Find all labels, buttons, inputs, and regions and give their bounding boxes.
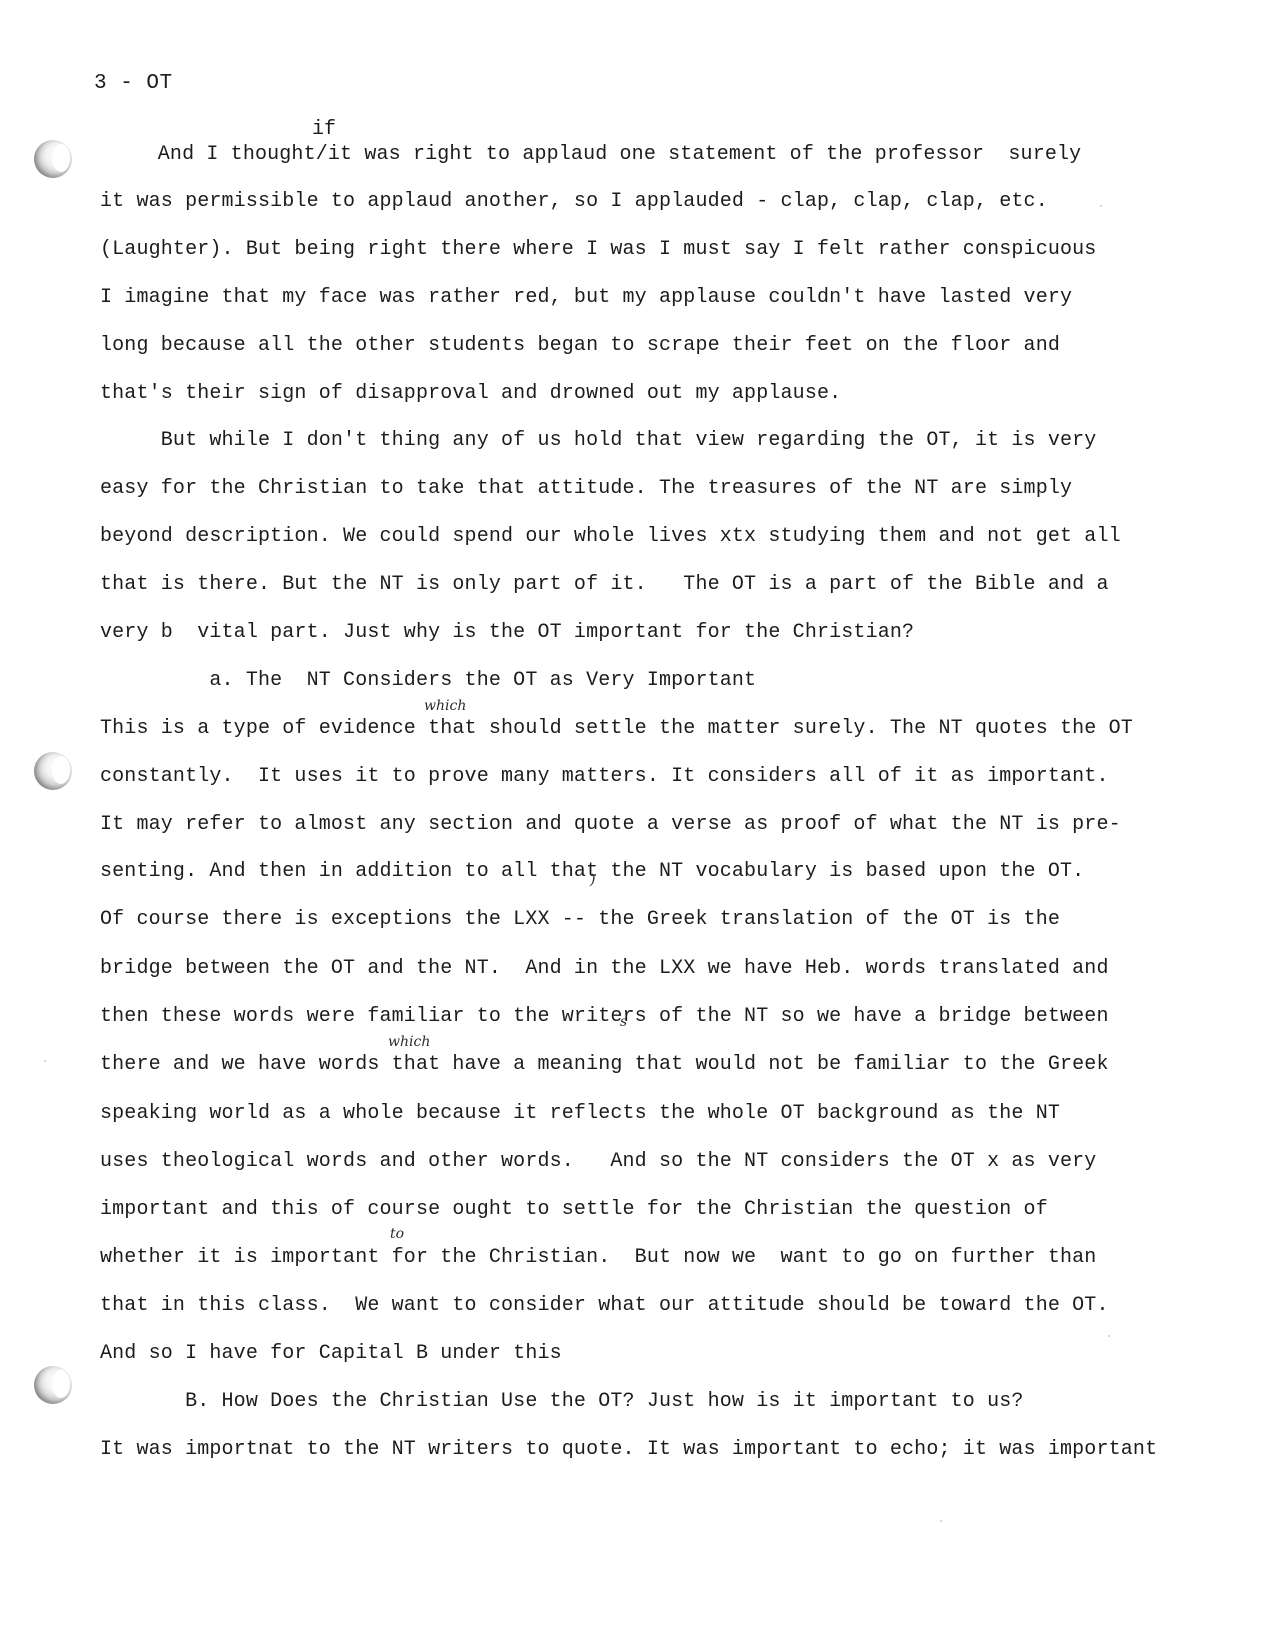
- document-line: beyond description. We could spend our w…: [100, 525, 1121, 548]
- document-line: there and we have words that have a mean…: [100, 1053, 1109, 1076]
- handwritten-comma-mark: ): [590, 872, 595, 888]
- document-line: It was importnat to the NT writers to qu…: [100, 1438, 1157, 1461]
- paper-speck: [1100, 205, 1102, 207]
- document-line: bridge between the OT and the NT. And in…: [100, 957, 1109, 980]
- document-line: constantly. It uses it to prove many mat…: [100, 765, 1109, 788]
- handwritten-annotation-to: to: [390, 1226, 404, 1242]
- hole-punch-bottom: [34, 1366, 72, 1404]
- paper-speck: [940, 1520, 942, 1522]
- document-line: it was permissible to applaud another, s…: [100, 190, 1048, 213]
- document-line: long because all the other students bega…: [100, 334, 1060, 357]
- document-line: easy for the Christian to take that atti…: [100, 477, 1072, 500]
- document-line: speaking world as a whole because it ref…: [100, 1102, 1060, 1125]
- document-line: I imagine that my face was rather red, b…: [100, 286, 1072, 309]
- document-line: uses theological words and other words. …: [100, 1150, 1096, 1173]
- hole-punch-top: [34, 140, 72, 178]
- handwritten-annotation-which: which: [424, 698, 466, 714]
- document-line: whether it is important for the Christia…: [100, 1246, 1096, 1269]
- document-line: that is there. But the NT is only part o…: [100, 573, 1109, 596]
- document-line: that's their sign of disapproval and dro…: [100, 382, 841, 405]
- document-line: (Laughter). But being right there where …: [100, 238, 1096, 261]
- document-line: And so I have for Capital B under this: [100, 1342, 562, 1365]
- section-heading-a: a. The NT Considers the OT as Very Impor…: [100, 669, 756, 692]
- paper-speck: [44, 1060, 46, 1062]
- document-line: This is a type of evidence that should s…: [100, 717, 1133, 740]
- document-line: And I thought/it was right to applaud on…: [97, 143, 1081, 166]
- handwritten-annotation-s: s: [620, 1014, 627, 1030]
- paper-speck: [1108, 1335, 1110, 1337]
- handwritten-annotation-which: which: [388, 1034, 430, 1050]
- document-line: Of course there is exceptions the LXX --…: [100, 908, 1060, 931]
- document-line: But while I don't thing any of us hold t…: [100, 429, 1096, 452]
- typed-insertion-if: if: [312, 118, 336, 141]
- document-line: It may refer to almost any section and q…: [100, 813, 1121, 836]
- document-line: then these words were familiar to the wr…: [100, 1005, 1109, 1028]
- document-line: very b vital part. Just why is the OT im…: [100, 621, 914, 644]
- section-heading-b: B. How Does the Christian Use the OT? Ju…: [100, 1390, 1024, 1413]
- page-header: 3 - OT: [94, 72, 173, 95]
- document-line: important and this of course ought to se…: [100, 1198, 1048, 1221]
- document-line: that in this class. We want to consider …: [100, 1294, 1109, 1317]
- hole-punch-middle: [34, 752, 72, 790]
